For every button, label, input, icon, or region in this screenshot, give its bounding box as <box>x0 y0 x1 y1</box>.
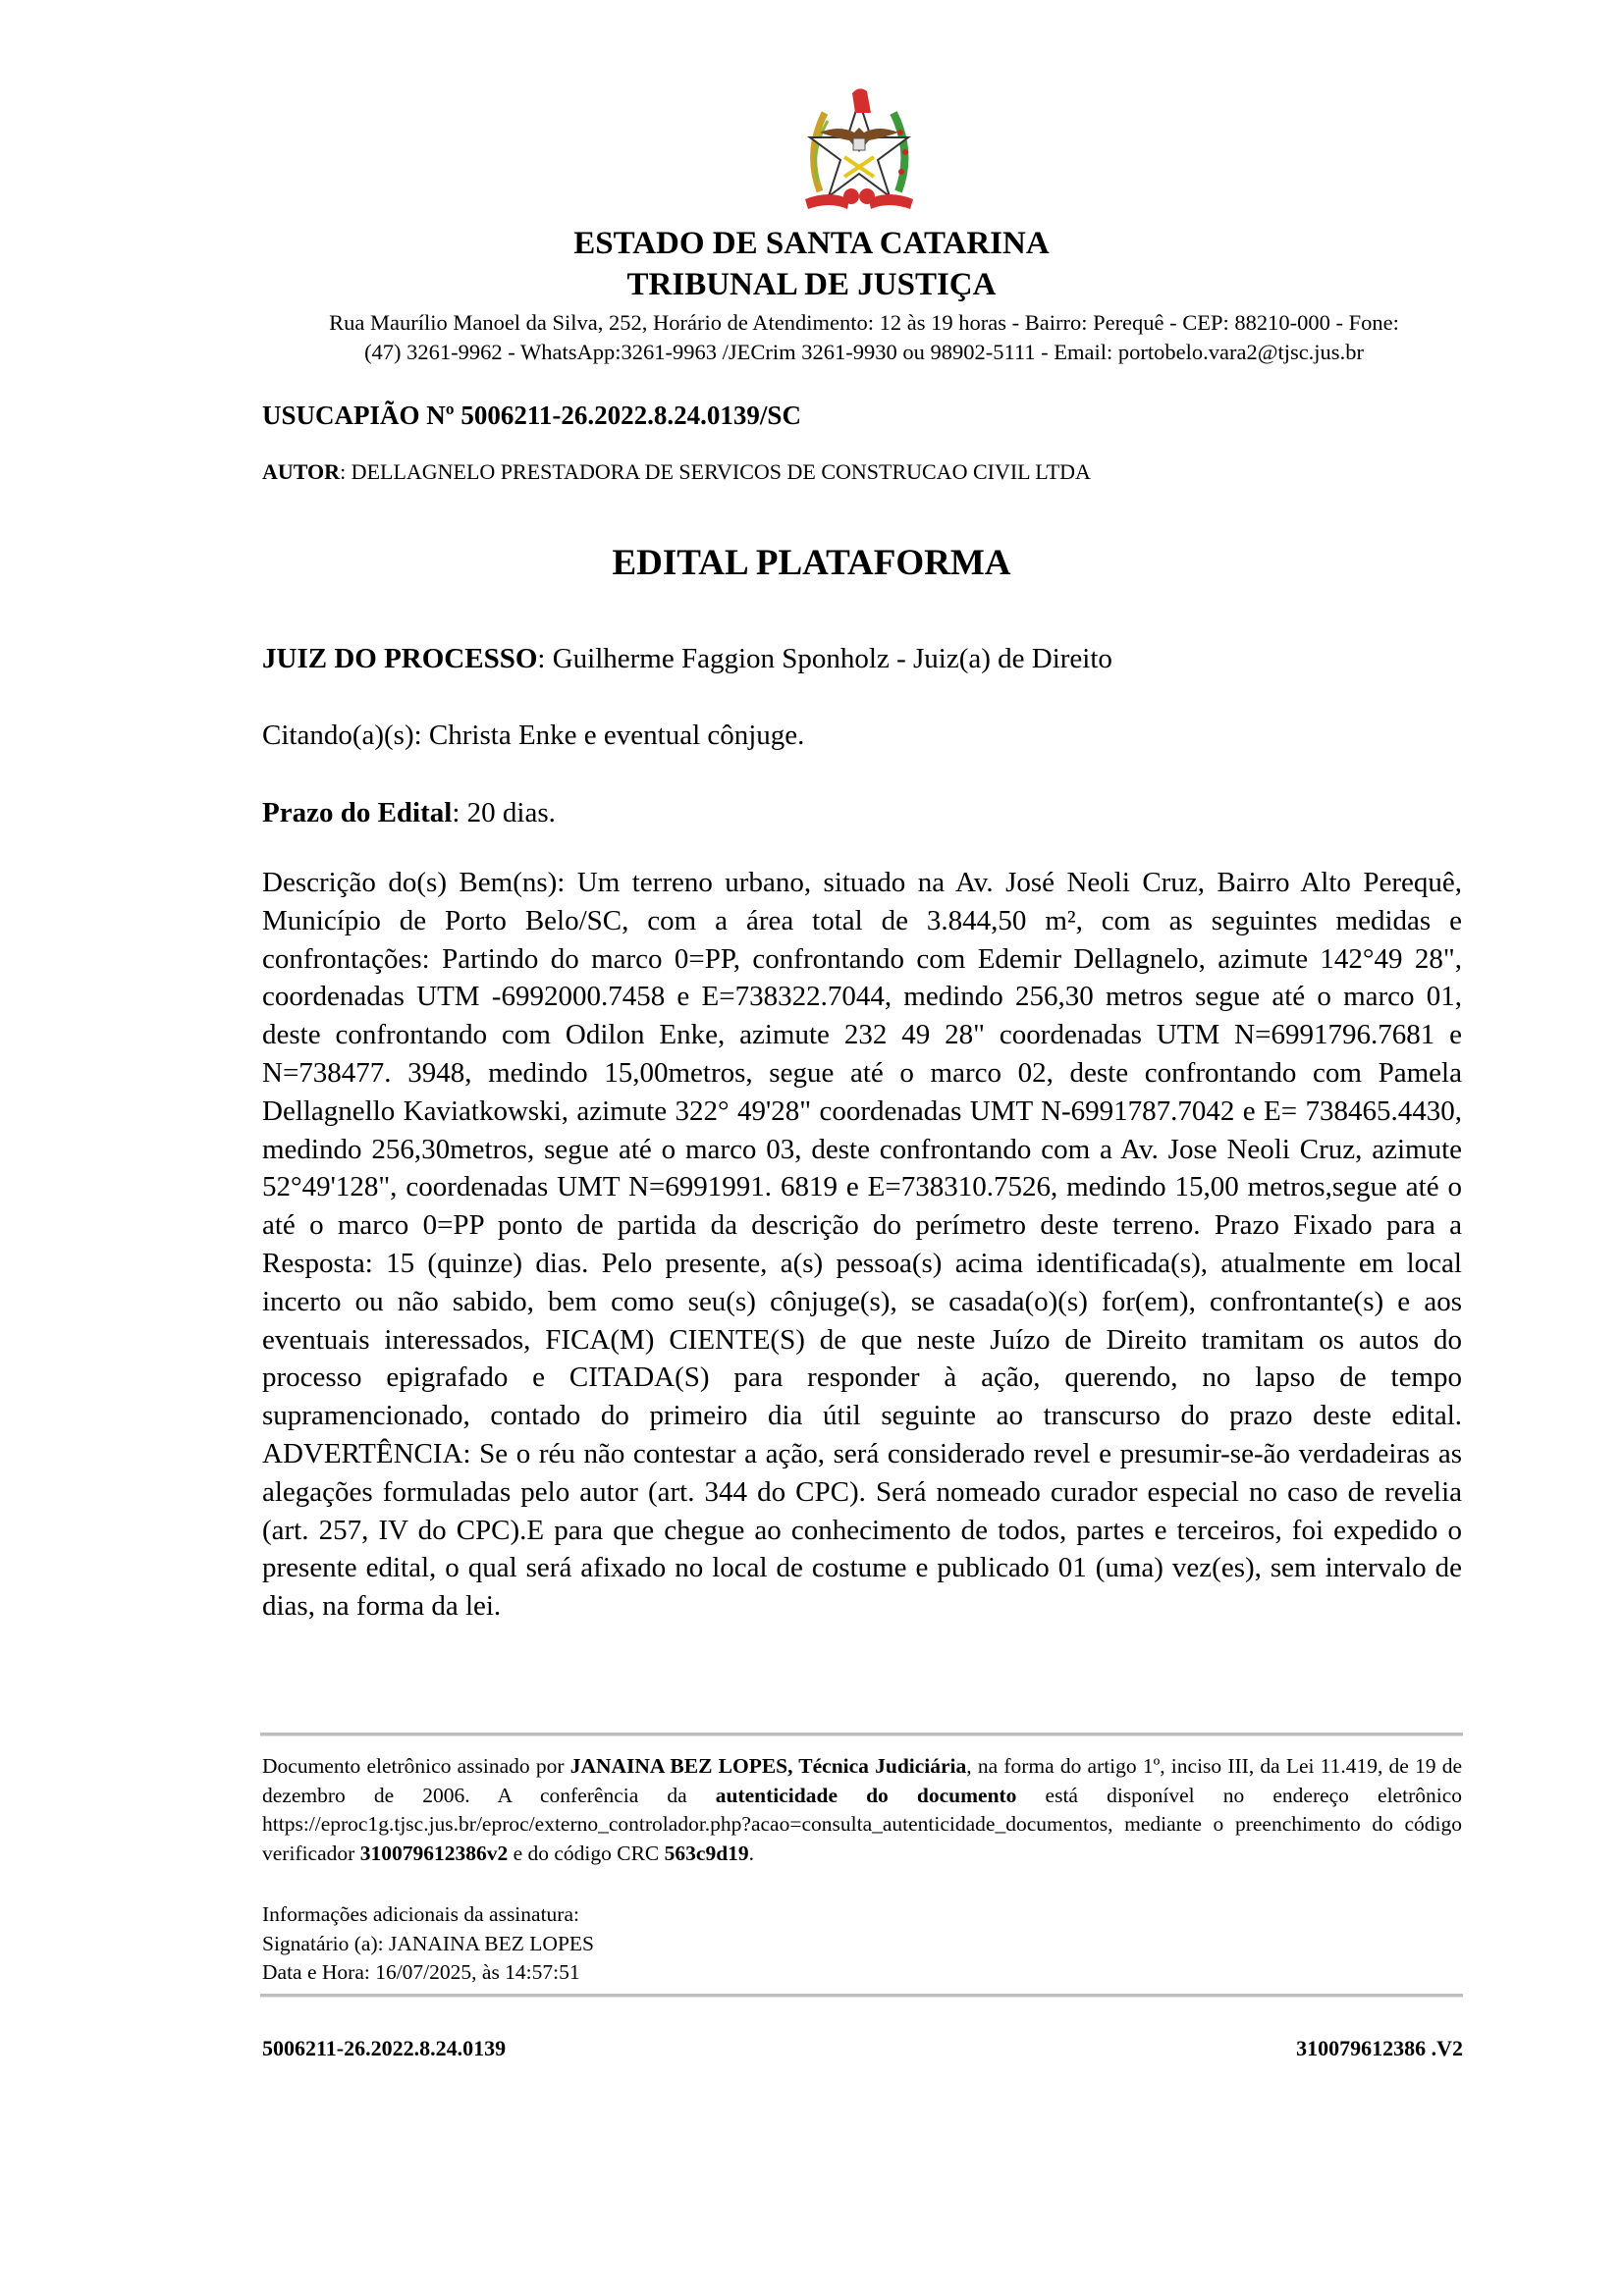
autor-value: : DELLAGNELO PRESTADORA DE SERVICOS DE C… <box>340 459 1091 484</box>
footer-document-code: 310079612386 .V2 <box>1296 2036 1463 2061</box>
autor-line: AUTOR: DELLAGNELO PRESTADORA DE SERVICOS… <box>262 459 1091 485</box>
document-title: EDITAL PLATAFORMA <box>0 542 1623 584</box>
signature-text: Documento eletrônico assinado por <box>262 1754 570 1778</box>
prazo-label: Prazo do Edital <box>262 797 452 828</box>
info-heading: Informações adicionais da assinatura: <box>262 1900 594 1930</box>
verifier-code: 310079612386v2 <box>360 1842 509 1865</box>
divider <box>260 1733 1463 1736</box>
signature-additional-info: Informações adicionais da assinatura: Si… <box>262 1900 594 1988</box>
property-description: Descrição do(s) Bem(ns): Um terreno urba… <box>262 864 1462 1626</box>
autor-label: AUTOR <box>262 459 340 484</box>
signature-text: . <box>749 1842 754 1865</box>
footer-process-number: 5006211-26.2022.8.24.0139 <box>262 2036 506 2061</box>
prazo-line: Prazo do Edital: 20 dias. <box>262 797 556 829</box>
address-line-1: Rua Maurílio Manoel da Silva, 252, Horár… <box>255 308 1473 338</box>
signer-name: JANAINA BEZ LOPES, Técnica Judiciária <box>570 1754 967 1778</box>
signature-datetime: Data e Hora: 16/07/2025, às 14:57:51 <box>262 1958 594 1988</box>
state-heading: ESTADO DE SANTA CATARINA <box>0 224 1623 263</box>
process-title: USUCAPIÃO Nº 5006211-26.2022.8.24.0139/S… <box>262 400 801 431</box>
signatory: Signatário (a): JANAINA BEZ LOPES <box>262 1930 594 1959</box>
signature-block: Documento eletrônico assinado por JANAIN… <box>262 1752 1462 1868</box>
document-page: ESTADO DE SANTA CATARINA TRIBUNAL DE JUS… <box>0 0 1623 2296</box>
judge-line: JUIZ DO PROCESSO: Guilherme Faggion Spon… <box>262 643 1112 675</box>
judge-value: : Guilherme Faggion Sponholz - Juiz(a) d… <box>537 643 1112 674</box>
court-heading: TRIBUNAL DE JUSTIÇA <box>0 265 1623 304</box>
divider <box>260 1994 1463 1998</box>
authenticity-label: autenticidade do documento <box>716 1784 1017 1807</box>
citando-line: Citando(a)(s): Christa Enke e eventual c… <box>262 720 804 752</box>
coat-of-arms-icon <box>790 83 928 221</box>
judge-label: JUIZ DO PROCESSO <box>262 643 537 674</box>
court-address: Rua Maurílio Manoel da Silva, 252, Horár… <box>255 308 1473 367</box>
address-line-2: (47) 3261-9962 - WhatsApp:3261-9963 /JEC… <box>255 338 1473 367</box>
signature-text: e do código CRC <box>508 1842 664 1865</box>
prazo-value: : 20 dias. <box>452 797 556 828</box>
crc-code: 563c9d19 <box>665 1842 749 1865</box>
